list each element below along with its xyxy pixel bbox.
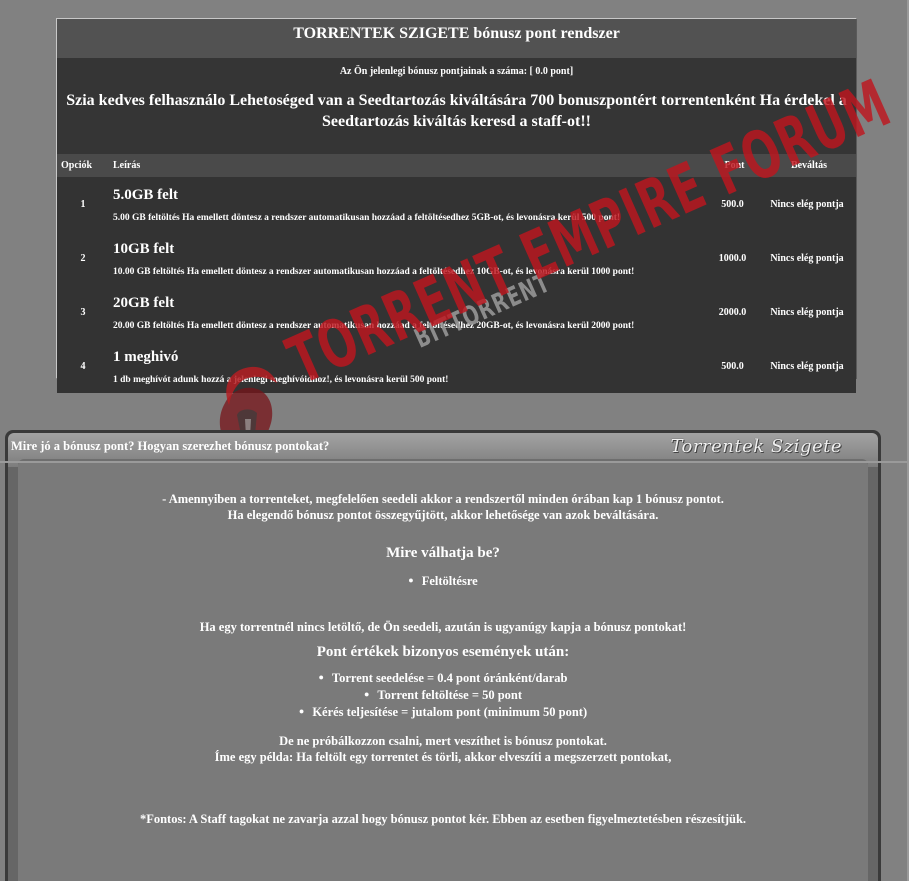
warning-line-2: Íme egy példa: Ha feltölt egy torrentet … [18,749,868,765]
option-points: 2000.0 [707,285,758,339]
table-row: 3 20GB felt 20.00 GB feltöltés Ha emelle… [57,285,856,339]
list-item: Feltöltésre [18,572,868,589]
col-options: Opciók [57,154,109,177]
important-note: *Fontos: A Staff tagokat ne zavarja azza… [18,811,868,827]
options-table: Opciók Leírás Pont Beváltás 1 5.0GB felt… [57,154,856,393]
option-description-cell: 5.0GB felt 5.00 GB feltöltés Ha emellett… [109,177,707,231]
info-panel-body: - Amennyiben a torrenteket, megfelelően … [8,467,878,881]
option-description: 1 db meghívót adunk hozzá a jelenlegi me… [109,375,707,385]
option-redeem-status: Nincs elég pontja [758,339,856,393]
site-logo: Torrentek Szigete [670,436,842,457]
option-name: 20GB felt [109,295,707,312]
redeem-list: Feltöltésre [18,572,868,589]
bonus-table-title: TORRENTEK SZIGETE bónusz pont rendszer [57,19,856,58]
table-row: 4 1 meghivó 1 db meghívót adunk hozzá a … [57,339,856,393]
bonus-points-table: TORRENTEK SZIGETE bónusz pont rendszer A… [56,18,857,379]
option-description: 20.00 GB feltöltés Ha emellett döntesz a… [109,321,707,331]
option-number: 1 [57,177,109,231]
header-divider [0,461,909,463]
no-leecher-note: Ha egy torrentnél nincs letöltő, de Ön s… [18,619,868,635]
warning-line-1: De ne próbálkozzon csalni, mert veszíthe… [18,733,868,749]
option-description: 5.00 GB feltöltés Ha emellett döntesz a … [109,213,707,223]
option-name: 5.0GB felt [109,187,707,204]
option-description-cell: 10GB felt 10.00 GB feltöltés Ha emellett… [109,231,707,285]
col-points: Pont [707,154,758,177]
bonus-info-panel: Mire jó a bónusz pont? Hogyan szerezhet … [5,430,881,881]
list-item: Torrent seedelése = 0.4 pont óránként/da… [18,669,868,686]
intro-line-2: Ha elegendő bónusz pontot összegyűjtött,… [18,507,868,523]
promo-message: Szia kedves felhasználo Lehetoséged van … [57,82,856,132]
list-item: Kérés teljesítése = jutalom pont (minimu… [18,703,868,720]
list-item: Torrent feltöltése = 50 pont [18,686,868,703]
option-description: 10.00 GB feltöltés Ha emellett döntesz a… [109,267,707,277]
option-description-cell: 20GB felt 20.00 GB feltöltés Ha emellett… [109,285,707,339]
info-panel-title: Mire jó a bónusz pont? Hogyan szerezhet … [11,439,329,454]
option-points: 500.0 [707,339,758,393]
current-points: Az Ön jelenlegi bónusz pontjainak a szám… [57,58,856,82]
option-name: 10GB felt [109,241,707,258]
table-row: 2 10GB felt 10.00 GB feltöltés Ha emelle… [57,231,856,285]
col-redeem: Beváltás [758,154,856,177]
option-number: 4 [57,339,109,393]
values-heading: Pont értékek bizonyos események után: [18,644,868,661]
option-redeem-status: Nincs elég pontja [758,231,856,285]
option-number: 2 [57,231,109,285]
info-panel-content: - Amennyiben a torrenteket, megfelelően … [18,459,868,881]
option-redeem-status: Nincs elég pontja [758,177,856,231]
intro-line-1: - Amennyiben a torrenteket, megfelelően … [18,491,868,507]
option-points: 1000.0 [707,231,758,285]
table-row: 1 5.0GB felt 5.00 GB feltöltés Ha emelle… [57,177,856,231]
option-name: 1 meghivó [109,349,707,366]
option-description-cell: 1 meghivó 1 db meghívót adunk hozzá a je… [109,339,707,393]
table-header-row: Opciók Leírás Pont Beváltás [57,154,856,177]
redeem-heading: Mire válhatja be? [18,545,868,562]
option-points: 500.0 [707,177,758,231]
col-description: Leírás [109,154,707,177]
point-values-list: Torrent seedelése = 0.4 pont óránként/da… [18,669,868,720]
option-redeem-status: Nincs elég pontja [758,285,856,339]
option-number: 3 [57,285,109,339]
bonus-summary: Az Ön jelenlegi bónusz pontjainak a szám… [57,58,856,154]
